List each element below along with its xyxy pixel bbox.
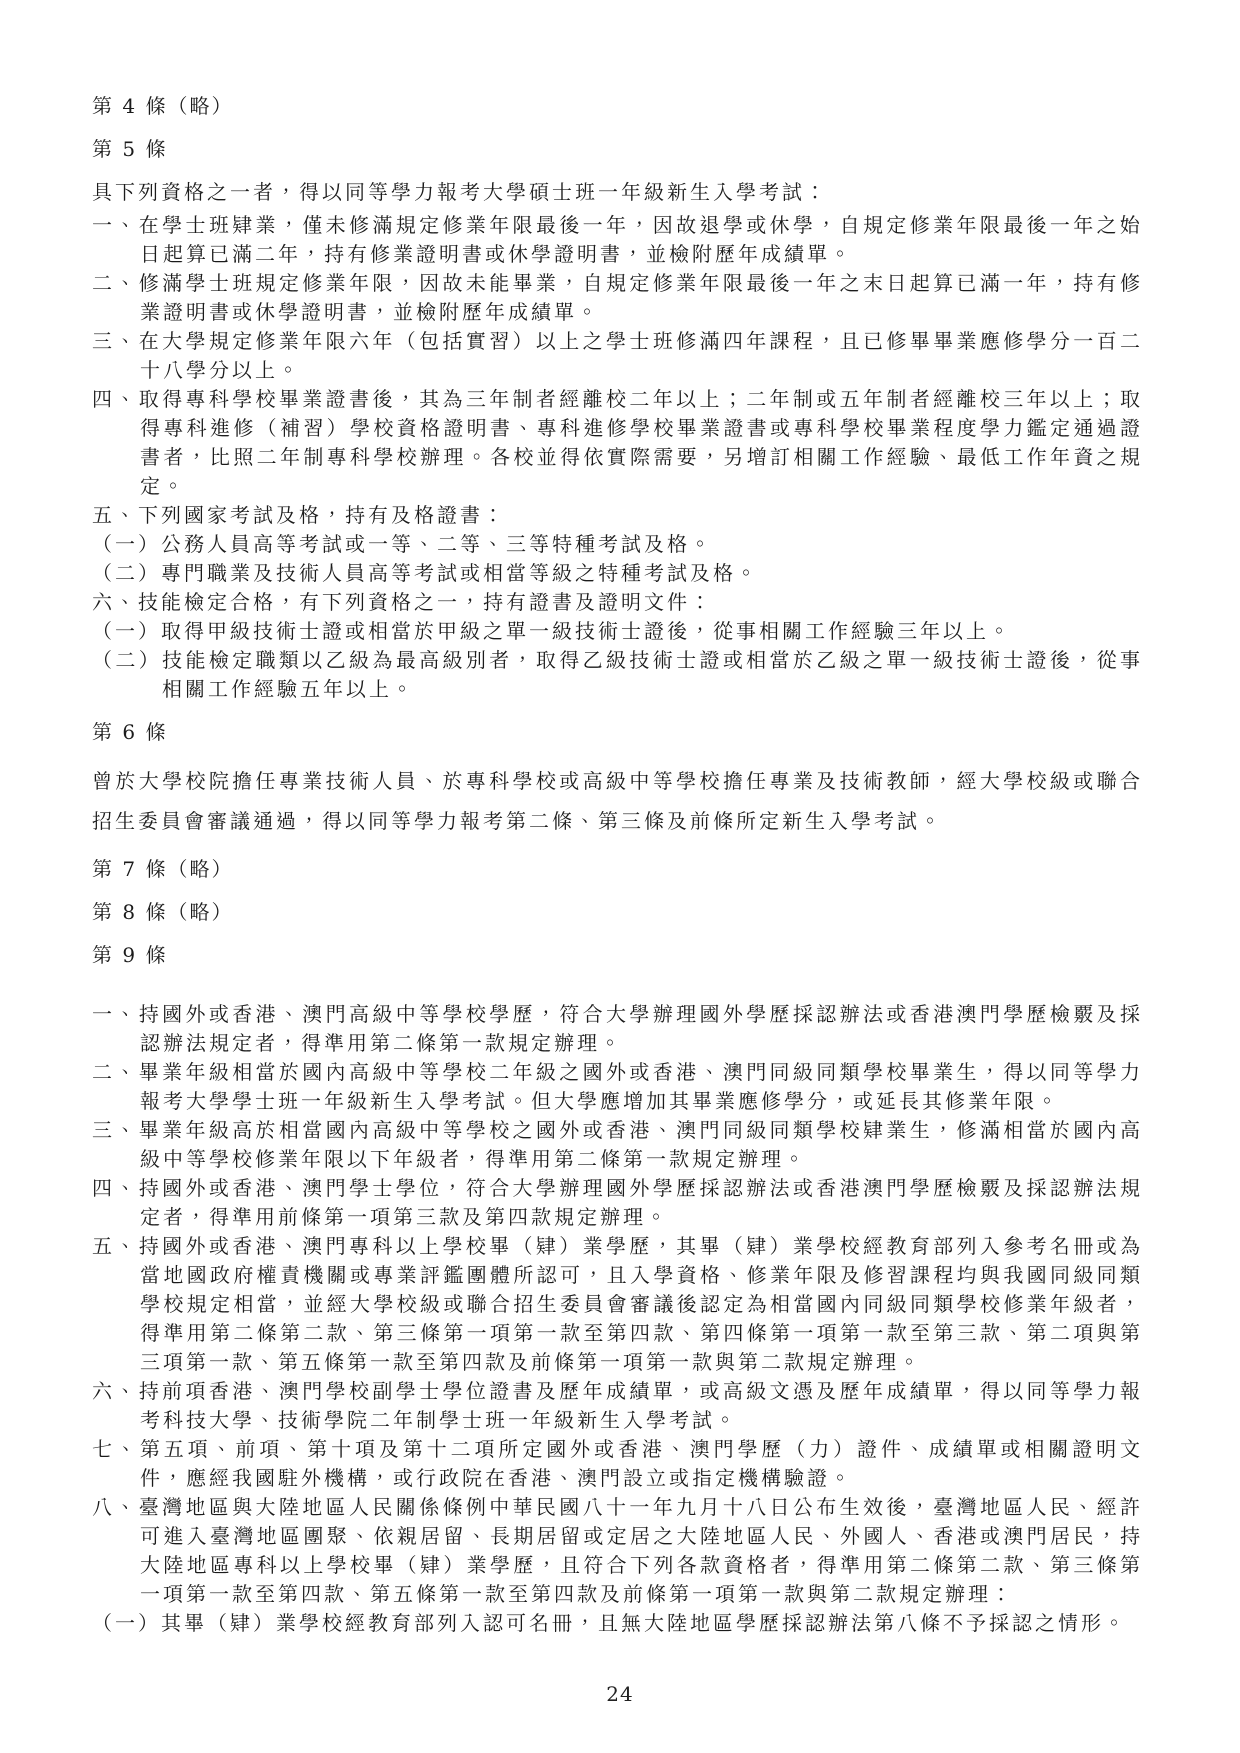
item-marker: 五、 — [92, 503, 138, 527]
item-marker: 二、 — [92, 1060, 139, 1084]
paragraph: 曾於大學校院擔任專業技術人員、於專科學校或高級中等學校擔任專業及技術教師，經大學… — [92, 761, 1143, 841]
list-item: 七、第五項、前項、第十項及第十二項所定國外或香港、澳門學歷（力）證件、成績單或相… — [92, 1435, 1143, 1493]
item-marker: 四、 — [92, 1176, 139, 1200]
block-text: 公務人員高等考試或一等、二等、三等特種考試及格。 — [161, 532, 713, 556]
block-text: 取得甲級技術士證或相當於甲級之單一級技術士證後，從事相關工作經驗三年以上。 — [161, 619, 1012, 643]
block-text: 其畢（肄）業學校經教育部列入認可名冊，且無大陸地區學歷採認辦法第八條不予採認之情… — [161, 1611, 1127, 1635]
sub-list-item: （一）公務人員高等考試或一等、二等、三等特種考試及格。 — [92, 530, 1143, 559]
item-marker: 一、 — [92, 1002, 139, 1026]
block-text: 取得專科學校畢業證書後，其為三年制者經離校二年以上；二年制或五年制者經離校三年以… — [139, 387, 1143, 498]
article-heading: 第 4 條（略） — [92, 92, 1143, 121]
item-marker: （一） — [92, 532, 161, 556]
block-text: 曾於大學校院擔任專業技術人員、於專科學校或高級中等學校擔任專業及技術教師，經大學… — [92, 769, 1143, 833]
article-heading: 第 6 條 — [92, 718, 1143, 747]
list-item: 八、臺灣地區與大陸地區人民關係條例中華民國八十一年九月十八日公布生效後，臺灣地區… — [92, 1493, 1143, 1609]
item-marker: 七、 — [92, 1437, 140, 1461]
block-text: 第 5 條 — [92, 137, 167, 161]
list-item: 三、在大學規定修業年限六年（包括實習）以上之學士班修滿四年課程，且已修畢畢業應修… — [92, 327, 1143, 385]
item-marker: 六、 — [92, 1379, 139, 1403]
item-marker: 六、 — [92, 590, 138, 614]
item-marker: （二） — [92, 561, 161, 585]
page-footer: 24 — [0, 1682, 1240, 1706]
sub-list-item: （二）專門職業及技術人員高等考試或相當等級之特種考試及格。 — [92, 559, 1143, 588]
item-marker: 五、 — [92, 1234, 139, 1258]
list-item: 一、持國外或香港、澳門高級中等學校學歷，符合大學辦理國外學歷採認辦法或香港澳門學… — [92, 1000, 1143, 1058]
paragraph: 具下列資格之一者，得以同等學力報考大學碩士班一年級新生入學考試： — [92, 178, 1143, 207]
article-heading: 第 7 條（略） — [92, 855, 1143, 884]
block-text: 第 6 條 — [92, 720, 167, 744]
block-text: 持前項香港、澳門學校副學士學位證書及歷年成績單，或高級文憑及歷年成績單，得以同等… — [139, 1379, 1143, 1432]
block-text: 臺灣地區與大陸地區人民關係條例中華民國八十一年九月十八日公布生效後，臺灣地區人民… — [139, 1495, 1143, 1606]
list-item: 三、畢業年級高於相當國內高級中等學校之國外或香港、澳門同級同類學校肄業生，修滿相… — [92, 1116, 1143, 1174]
sub-list-item: （一）取得甲級技術士證或相當於甲級之單一級技術士證後，從事相關工作經驗三年以上。 — [92, 617, 1143, 646]
article-heading: 第 9 條 — [92, 941, 1143, 970]
block-text: 修滿學士班規定修業年限，因故未能畢業，自規定修業年限最後一年之末日起算已滿一年，… — [139, 271, 1143, 324]
list-item: 四、持國外或香港、澳門學士學位，符合大學辦理國外學歷採認辦法或香港澳門學歷檢覈及… — [92, 1174, 1143, 1232]
block-text: 第 8 條（略） — [92, 900, 233, 924]
page-number: 24 — [606, 1682, 633, 1706]
block-text: 技能檢定職類以乙級為最高級別者，取得乙級技術士證或相當於乙級之單一級技術士證後，… — [162, 648, 1143, 701]
document-body: 第 4 條（略）第 5 條具下列資格之一者，得以同等學力報考大學碩士班一年級新生… — [92, 78, 1143, 1638]
block-text: 第 9 條 — [92, 943, 167, 967]
block-text: 持國外或香港、澳門學士學位，符合大學辦理國外學歷採認辦法或香港澳門學歷檢覈及採認… — [139, 1176, 1143, 1229]
item-marker: 一、 — [92, 213, 139, 237]
block-text: 畢業年級相當於國內高級中等學校二年級之國外或香港、澳門同級同類學校畢業生，得以同… — [139, 1060, 1143, 1113]
sub-list-item: （二）技能檢定職類以乙級為最高級別者，取得乙級技術士證或相當於乙級之單一級技術士… — [92, 646, 1143, 704]
block-text: 專門職業及技術人員高等考試或相當等級之特種考試及格。 — [161, 561, 759, 585]
block-text: 下列國家考試及格，持有及格證書： — [138, 503, 506, 527]
item-marker: 四、 — [92, 387, 139, 411]
blank-line-spacer — [92, 984, 1143, 1000]
block-text: 第五項、前項、第十項及第十二項所定國外或香港、澳門學歷（力）證件、成績單或相關證… — [140, 1437, 1143, 1490]
block-text: 持國外或香港、澳門專科以上學校畢（肄）業學歷，其畢（肄）業學校經教育部列入參考名… — [139, 1234, 1143, 1374]
block-text: 技能檢定合格，有下列資格之一，持有證書及證明文件： — [138, 590, 713, 614]
item-marker: 三、 — [92, 1118, 139, 1142]
list-item: 六、持前項香港、澳門學校副學士學位證書及歷年成績單，或高級文憑及歷年成績單，得以… — [92, 1377, 1143, 1435]
list-item: 五、下列國家考試及格，持有及格證書： — [92, 501, 1143, 530]
block-text: 具下列資格之一者，得以同等學力報考大學碩士班一年級新生入學考試： — [92, 180, 828, 204]
list-item: 二、畢業年級相當於國內高級中等學校二年級之國外或香港、澳門同級同類學校畢業生，得… — [92, 1058, 1143, 1116]
block-text: 畢業年級高於相當國內高級中等學校之國外或香港、澳門同級同類學校肄業生，修滿相當於… — [139, 1118, 1143, 1171]
item-marker: 八、 — [92, 1495, 139, 1519]
article-heading: 第 5 條 — [92, 135, 1143, 164]
list-item: 六、技能檢定合格，有下列資格之一，持有證書及證明文件： — [92, 588, 1143, 617]
list-item: 一、在學士班肄業，僅未修滿規定修業年限最後一年，因故退學或休學，自規定修業年限最… — [92, 211, 1143, 269]
item-marker: （一） — [92, 1611, 161, 1635]
item-marker: （二） — [92, 648, 162, 672]
block-text: 第 7 條（略） — [92, 857, 233, 881]
list-item: 二、修滿學士班規定修業年限，因故未能畢業，自規定修業年限最後一年之末日起算已滿一… — [92, 269, 1143, 327]
block-text: 在學士班肄業，僅未修滿規定修業年限最後一年，因故退學或休學，自規定修業年限最後一… — [139, 213, 1143, 266]
item-marker: （一） — [92, 619, 161, 643]
sub-list-item: （一）其畢（肄）業學校經教育部列入認可名冊，且無大陸地區學歷採認辦法第八條不予採… — [92, 1609, 1143, 1638]
list-item: 四、取得專科學校畢業證書後，其為三年制者經離校二年以上；二年制或五年制者經離校三… — [92, 385, 1143, 501]
list-item: 五、持國外或香港、澳門專科以上學校畢（肄）業學歷，其畢（肄）業學校經教育部列入參… — [92, 1232, 1143, 1377]
item-marker: 二、 — [92, 271, 139, 295]
block-text: 持國外或香港、澳門高級中等學校學歷，符合大學辦理國外學歷採認辦法或香港澳門學歷檢… — [139, 1002, 1143, 1055]
article-heading: 第 8 條（略） — [92, 898, 1143, 927]
block-text: 在大學規定修業年限六年（包括實習）以上之學士班修滿四年課程，且已修畢畢業應修學分… — [139, 329, 1143, 382]
block-text: 第 4 條（略） — [92, 94, 233, 118]
item-marker: 三、 — [92, 329, 139, 353]
